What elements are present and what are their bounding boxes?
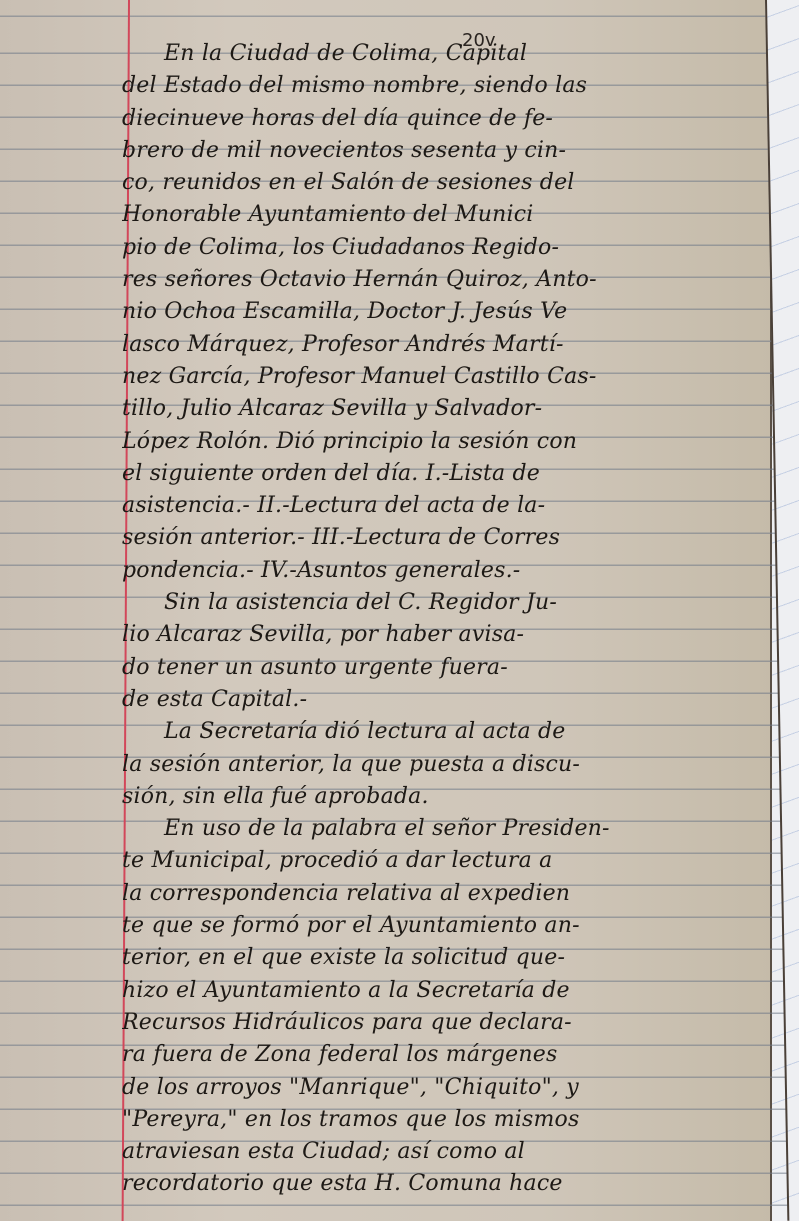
- handwritten-line: diecinueve horas del día quince de fe-: [122, 103, 767, 135]
- handwritten-line: nez García, Profesor Manuel Castillo Cas…: [122, 361, 767, 393]
- handwritten-line: co, reunidos en el Salón de sesiones del: [122, 167, 767, 199]
- handwritten-line: res señores Octavio Hernán Quiroz, Anto-: [122, 264, 767, 296]
- handwritten-line: "Pereyra," en los tramos que los mismos: [122, 1104, 767, 1136]
- handwritten-line: nio Ochoa Escamilla, Doctor J. Jesús Ve: [122, 296, 767, 328]
- handwritten-line: hizo el Ayuntamiento a la Secretaría de: [122, 975, 767, 1007]
- handwritten-line: pio de Colima, los Ciudadanos Regido-: [122, 232, 767, 264]
- handwritten-line: asistencia.- II.-Lectura del acta de la-: [122, 490, 767, 522]
- handwritten-line: ra fuera de Zona federal los márgenes: [122, 1039, 767, 1071]
- handwritten-line: brero de mil novecientos sesenta y cin-: [122, 135, 767, 167]
- handwritten-line: terior, en el que existe la solicitud qu…: [122, 942, 767, 974]
- handwritten-line: te que se formó por el Ayuntamiento an-: [122, 910, 767, 942]
- handwritten-minutes: En la Ciudad de Colima, Capitaldel Estad…: [122, 38, 767, 1201]
- handwritten-line: lasco Márquez, Profesor Andrés Martí-: [122, 329, 767, 361]
- handwritten-line: Recursos Hidráulicos para que declara-: [122, 1007, 767, 1039]
- handwritten-line: Sin la asistencia del C. Regidor Ju-: [122, 587, 767, 619]
- handwritten-line: de los arroyos "Manrique", "Chiquito", y: [122, 1072, 767, 1104]
- handwritten-line: la correspondencia relativa al expedien: [122, 878, 767, 910]
- handwritten-line: do tener un asunto urgente fuera-: [122, 652, 767, 684]
- handwritten-line: te Municipal, procedió a dar lectura a: [122, 845, 767, 877]
- handwritten-line: En uso de la palabra el señor Presiden-: [122, 813, 767, 845]
- handwritten-line: sesión anterior.- III.-Lectura de Corres: [122, 522, 767, 554]
- handwritten-line: pondencia.- IV.-Asuntos generales.-: [122, 555, 767, 587]
- handwritten-line: recordatorio que esta H. Comuna hace: [122, 1168, 767, 1200]
- handwritten-line: tillo, Julio Alcaraz Sevilla y Salvador-: [122, 393, 767, 425]
- handwritten-line: de esta Capital.-: [122, 684, 767, 716]
- handwritten-line: el siguiente orden del día. I.-Lista de: [122, 458, 767, 490]
- handwritten-line: La Secretaría dió lectura al acta de: [122, 716, 767, 748]
- handwritten-line: atraviesan esta Ciudad; así como al: [122, 1136, 767, 1168]
- handwritten-line: lio Alcaraz Sevilla, por haber avisa-: [122, 619, 767, 651]
- handwritten-line: del Estado del mismo nombre, siendo las: [122, 70, 767, 102]
- handwritten-line: Honorable Ayuntamiento del Munici: [122, 199, 767, 231]
- handwritten-line: sión, sin ella fué aprobada.: [122, 781, 767, 813]
- handwritten-line: En la Ciudad de Colima, Capital: [122, 38, 767, 70]
- handwritten-line: la sesión anterior, la que puesta a disc…: [122, 749, 767, 781]
- handwritten-line: López Rolón. Dió principio la sesión con: [122, 426, 767, 458]
